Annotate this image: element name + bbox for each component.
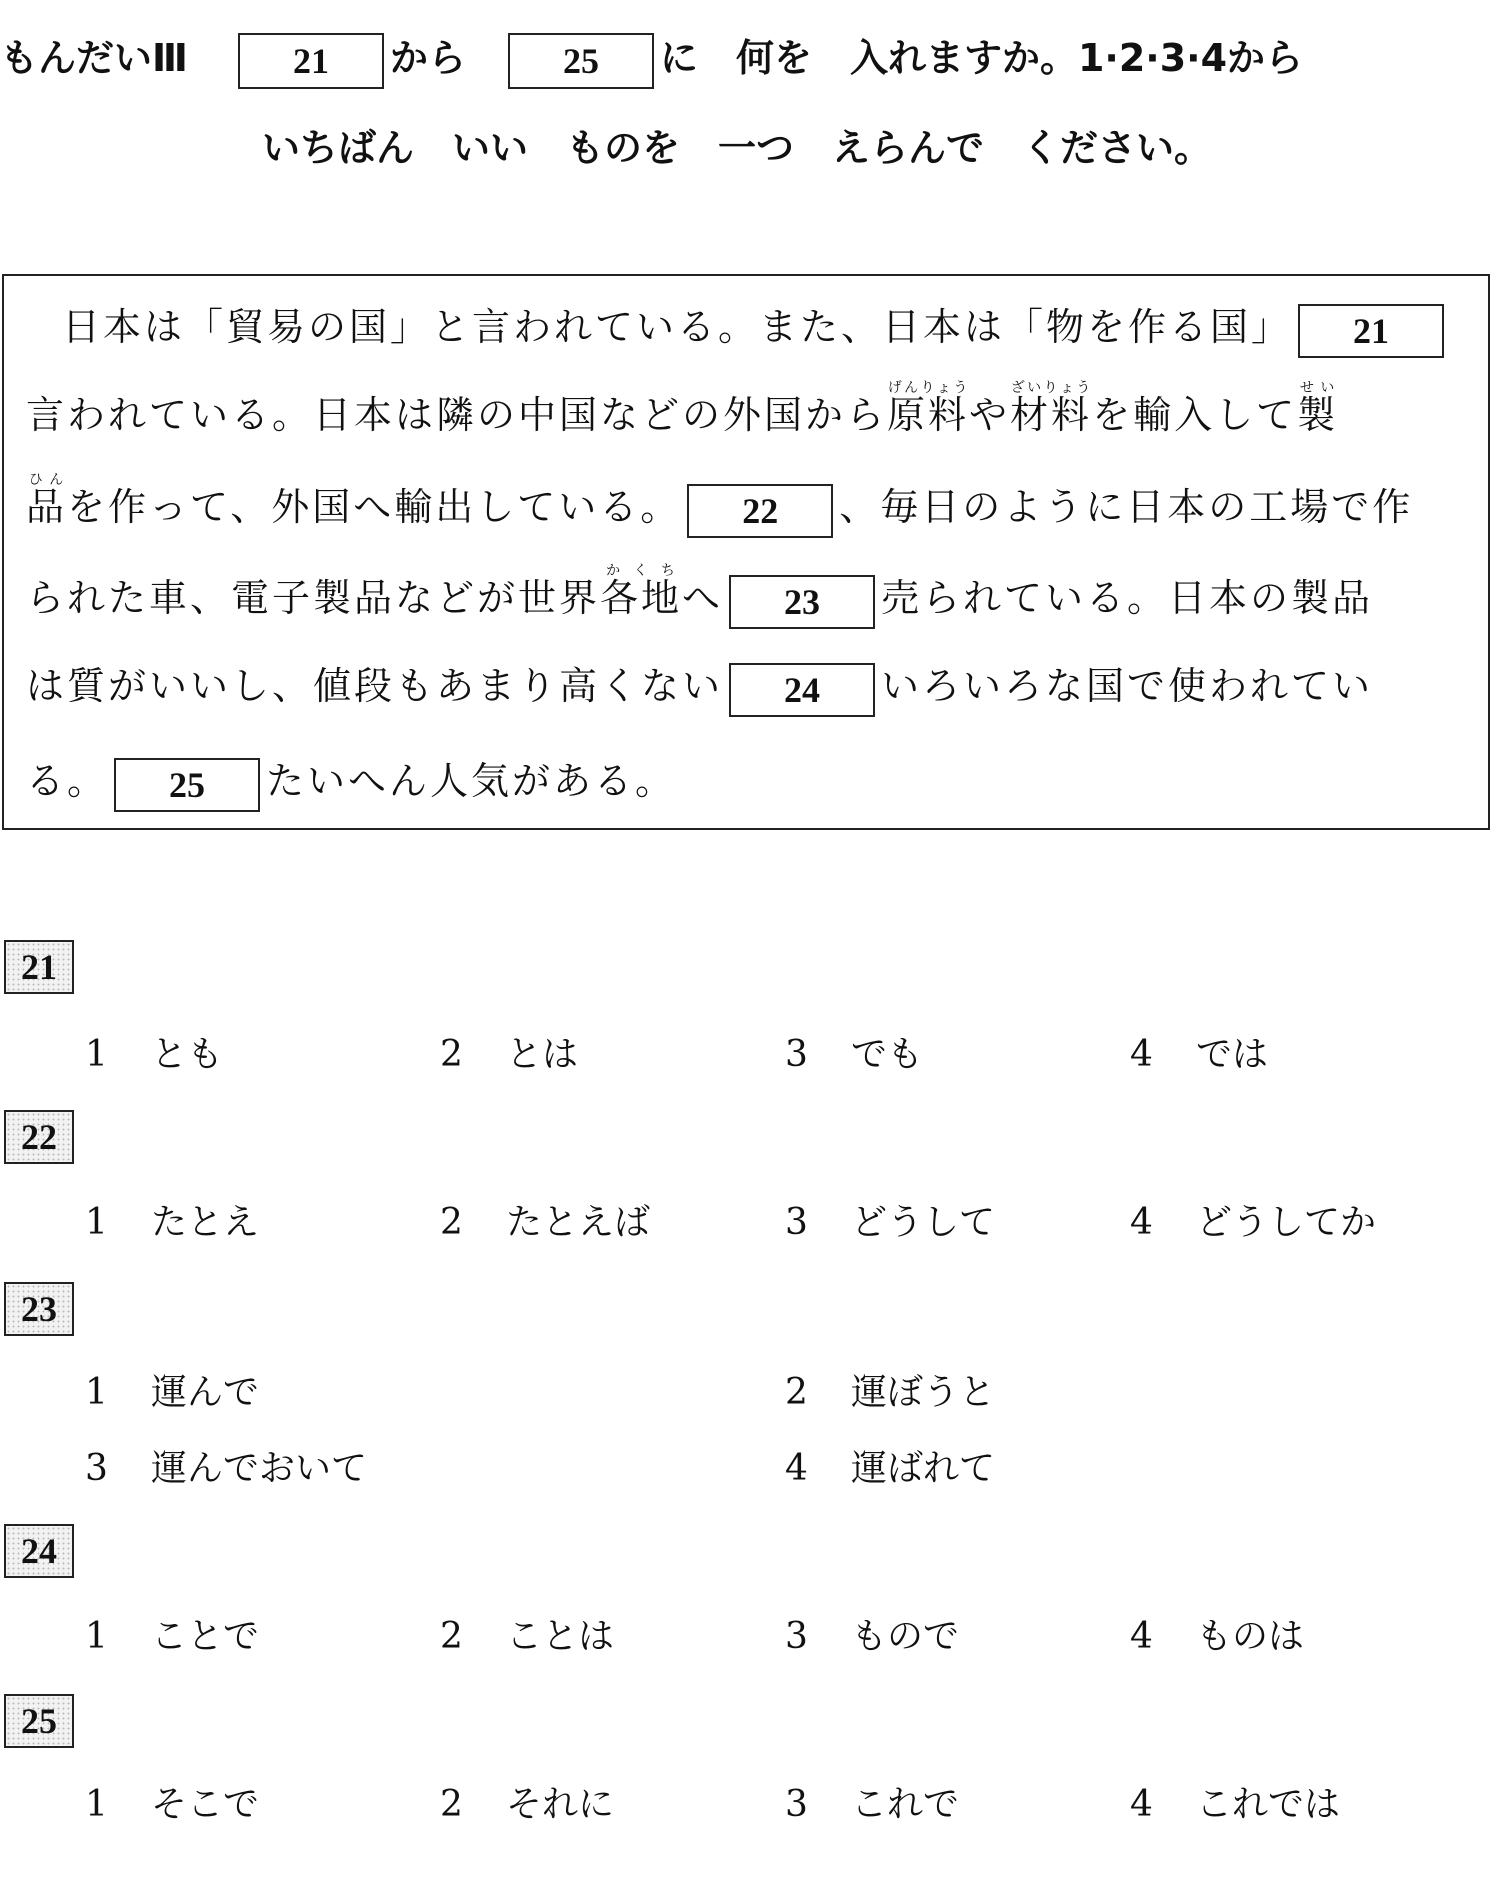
option-24-1[interactable]: 1ことで <box>85 1612 259 1662</box>
option-21-3[interactable]: 3でも <box>785 1030 923 1080</box>
passage-line-1: 日本は「貿易の国」と言われている。また、日本は「物を作る国」21 <box>62 299 1450 358</box>
blank-21: 21 <box>1298 304 1444 358</box>
option-21-2[interactable]: 2とは <box>440 1030 578 1080</box>
option-25-2[interactable]: 2それに <box>440 1780 614 1830</box>
blank-box-end: 25 <box>508 33 654 89</box>
blank-25: 25 <box>114 758 260 812</box>
blank-24: 24 <box>729 663 875 717</box>
instruction-line-1: もんだいⅢ21から25に 何を 入れますか。1·2·3·4から <box>0 30 1303 89</box>
option-24-3[interactable]: 3もので <box>785 1612 959 1662</box>
option-21-4[interactable]: 4では <box>1130 1030 1268 1080</box>
passage-text: を輸入して <box>1092 393 1297 437</box>
option-23-1[interactable]: 1運んで <box>85 1368 259 1418</box>
passage-text: 言われている。日本は隣の中国などの外国から <box>26 393 887 437</box>
passage-text: 日本は「貿易の国」と言われている。また、日本は「物を作る国」 <box>62 305 1292 349</box>
passage-text: 売られている。日本の製品 <box>881 576 1373 620</box>
passage-text: を作って、外国へ輸出している。 <box>67 485 681 529</box>
passage-text: いろいろな国で使われてい <box>881 664 1373 708</box>
question-label-21: 21 <box>4 940 74 994</box>
passage-line-3: 品ひんを作って、外国へ輸出している。22、毎日のように日本の工場で作 <box>26 472 1413 538</box>
question-label-23: 23 <box>4 1282 74 1336</box>
option-24-4[interactable]: 4ものは <box>1130 1612 1304 1662</box>
question-label-24: 24 <box>4 1524 74 1578</box>
instruction-line-2: いちばん いい ものを 一つ えらんで ください。 <box>262 120 1212 176</box>
problem-number: もんだいⅢ <box>0 36 188 80</box>
passage-line-6: る。25たいへん人気がある。 <box>26 753 676 812</box>
passage-line-2: 言われている。日本は隣の中国などの外国から原料げんりょうや材料ざいりょうを輸入し… <box>26 380 1338 443</box>
option-22-2[interactable]: 2たとえば <box>440 1198 650 1248</box>
option-23-4[interactable]: 4運ばれて <box>785 1444 995 1494</box>
ruby-hin: 品ひん <box>26 485 67 529</box>
blank-box-start: 21 <box>238 33 384 89</box>
ruby-kakuchi: 各地かくち <box>600 576 682 620</box>
question-label-22: 22 <box>4 1110 74 1164</box>
passage-text: や <box>969 393 1010 437</box>
ruby-zairyou: 材料ざいりょう <box>1010 393 1092 437</box>
passage-line-5: は質がいいし、値段もあまり高くない24いろいろな国で使われてい <box>26 658 1373 717</box>
passage-text: 、毎日のように日本の工場で作 <box>839 485 1413 529</box>
ruby-genryou: 原料げんりょう <box>887 393 969 437</box>
option-22-4[interactable]: 4どうしてか <box>1130 1198 1376 1248</box>
option-22-3[interactable]: 3どうして <box>785 1198 995 1248</box>
passage-text: は質がいいし、値段もあまり高くない <box>26 664 723 708</box>
blank-23: 23 <box>729 575 875 629</box>
option-25-1[interactable]: 1そこで <box>85 1780 259 1830</box>
option-21-1[interactable]: 1とも <box>85 1030 223 1080</box>
option-23-3[interactable]: 3運んでおいて <box>85 1444 367 1494</box>
passage-text: へ <box>682 576 723 620</box>
ruby-sei: 製せい <box>1297 393 1338 437</box>
option-23-2[interactable]: 2運ぼうと <box>785 1368 995 1418</box>
instruction-rest: に 何を 入れますか。1·2·3·4から <box>660 36 1303 80</box>
blank-22: 22 <box>687 484 833 538</box>
option-25-3[interactable]: 3これで <box>785 1780 959 1830</box>
option-25-4[interactable]: 4これでは <box>1130 1780 1340 1830</box>
option-22-1[interactable]: 1たとえ <box>85 1198 259 1248</box>
option-24-2[interactable]: 2ことは <box>440 1612 614 1662</box>
passage-line-4: られた車、電子製品などが世界各地かくちへ23売られている。日本の製品 <box>26 563 1373 629</box>
passage-text: る。 <box>26 759 108 803</box>
question-label-25: 25 <box>4 1694 74 1748</box>
instruction-from: から <box>390 36 466 80</box>
passage-text: られた車、電子製品などが世界 <box>26 576 600 620</box>
reading-passage: 日本は「貿易の国」と言われている。また、日本は「物を作る国」21 言われている。… <box>2 274 1490 830</box>
passage-text: たいへん人気がある。 <box>266 759 676 803</box>
